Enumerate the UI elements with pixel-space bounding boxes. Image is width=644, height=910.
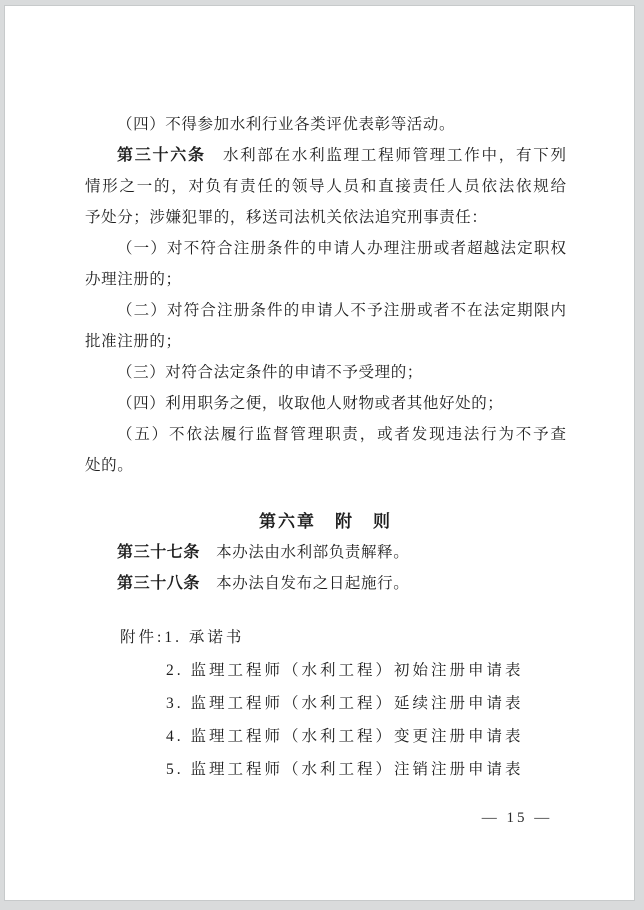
text-line: （一）对不符合注册条件的申请人办理注册或者超越法定职权 [85,233,566,264]
text-segment: （五）不依法履行监督管理职责，或者发现违法行为不予查 [117,426,566,443]
chapter-heading: 第六章 附 则 [85,506,566,537]
document-body: （四）不得参加水利行业各类评优表彰等活动。第三十六条 水利部在水利监理工程师管理… [85,109,566,786]
text-line: （四）利用职务之便，收取他人财物或者其他好处的； [85,388,566,419]
text-segment: （四）利用职务之便，收取他人财物或者其他好处的； [117,395,503,412]
text-segment: 情形之一的，对负有责任的领导人员和直接责任人员依法依规给 [85,178,566,195]
text-line: 情形之一的，对负有责任的领导人员和直接责任人员依法依规给 [85,171,566,202]
text-segment: 办理注册的； [85,271,182,288]
text-line: （二）对符合注册条件的申请人不予注册或者不在法定期限内 [85,295,566,326]
text-segment: （四）不得参加水利行业各类评优表彰等活动。 [117,116,455,133]
article-line: 第三十七条 本办法由水利部负责解释。 [85,537,566,568]
text-line: （五）不依法履行监督管理职责，或者发现违法行为不予查 [85,419,566,450]
text-segment: 批准注册的； [85,333,182,350]
attachment-label: 附件: [120,629,164,646]
text-line: （四）不得参加水利行业各类评优表彰等活动。 [85,109,566,140]
attachment-list: 附件:1. 承诺书2. 监理工程师（水利工程）初始注册申请表3. 监理工程师（水… [85,621,566,786]
page-number: — 15 — [452,806,582,830]
attachment-text: 3. 监理工程师（水利工程）延续注册申请表 [166,695,524,712]
attachment-item: 5. 监理工程师（水利工程）注销注册申请表 [85,753,566,786]
attachment-text: 2. 监理工程师（水利工程）初始注册申请表 [166,662,524,679]
attachment-item: 2. 监理工程师（水利工程）初始注册申请表 [85,654,566,687]
attachment-item: 附件:1. 承诺书 [85,621,566,654]
text-segment: 处的。 [85,457,133,474]
text-line: 予处分；涉嫌犯罪的，移送司法机关依法追究刑事责任： [85,202,566,233]
article-line: 第三十八条 本办法自发布之日起施行。 [85,568,566,599]
attachment-item: 4. 监理工程师（水利工程）变更注册申请表 [85,720,566,753]
attachment-item: 3. 监理工程师（水利工程）延续注册申请表 [85,687,566,720]
text-segment: 予处分；涉嫌犯罪的，移送司法机关依法追究刑事责任： [85,209,488,226]
article-number-label: 第三十六条 [117,147,206,164]
text-line: 第三十六条 水利部在水利监理工程师管理工作中，有下列 [85,140,566,171]
text-segment: 水利部在水利监理工程师管理工作中，有下列 [206,147,566,164]
text-line: 批准注册的； [85,326,566,357]
text-segment: （三）对符合法定条件的申请不予受理的； [117,364,423,381]
body-paragraphs: （四）不得参加水利行业各类评优表彰等活动。第三十六条 水利部在水利监理工程师管理… [85,109,566,481]
article-number-label: 第三十八条 [117,575,200,592]
attachment-text: 4. 监理工程师（水利工程）变更注册申请表 [166,728,524,745]
article-text: 本办法由水利部负责解释。 [200,544,409,561]
text-line: 处的。 [85,450,566,481]
attachment-text: 1. 承诺书 [164,629,244,646]
text-line: 办理注册的； [85,264,566,295]
text-segment: （一）对不符合注册条件的申请人办理注册或者超越法定职权 [117,240,566,257]
article-lines: 第三十七条 本办法由水利部负责解释。第三十八条 本办法自发布之日起施行。 [85,537,566,599]
document-page: （四）不得参加水利行业各类评优表彰等活动。第三十六条 水利部在水利监理工程师管理… [4,5,635,901]
text-segment: （二）对符合注册条件的申请人不予注册或者不在法定期限内 [117,302,566,319]
attachment-text: 5. 监理工程师（水利工程）注销注册申请表 [166,761,524,778]
article-text: 本办法自发布之日起施行。 [200,575,409,592]
article-number-label: 第三十七条 [117,544,200,561]
text-line: （三）对符合法定条件的申请不予受理的； [85,357,566,388]
